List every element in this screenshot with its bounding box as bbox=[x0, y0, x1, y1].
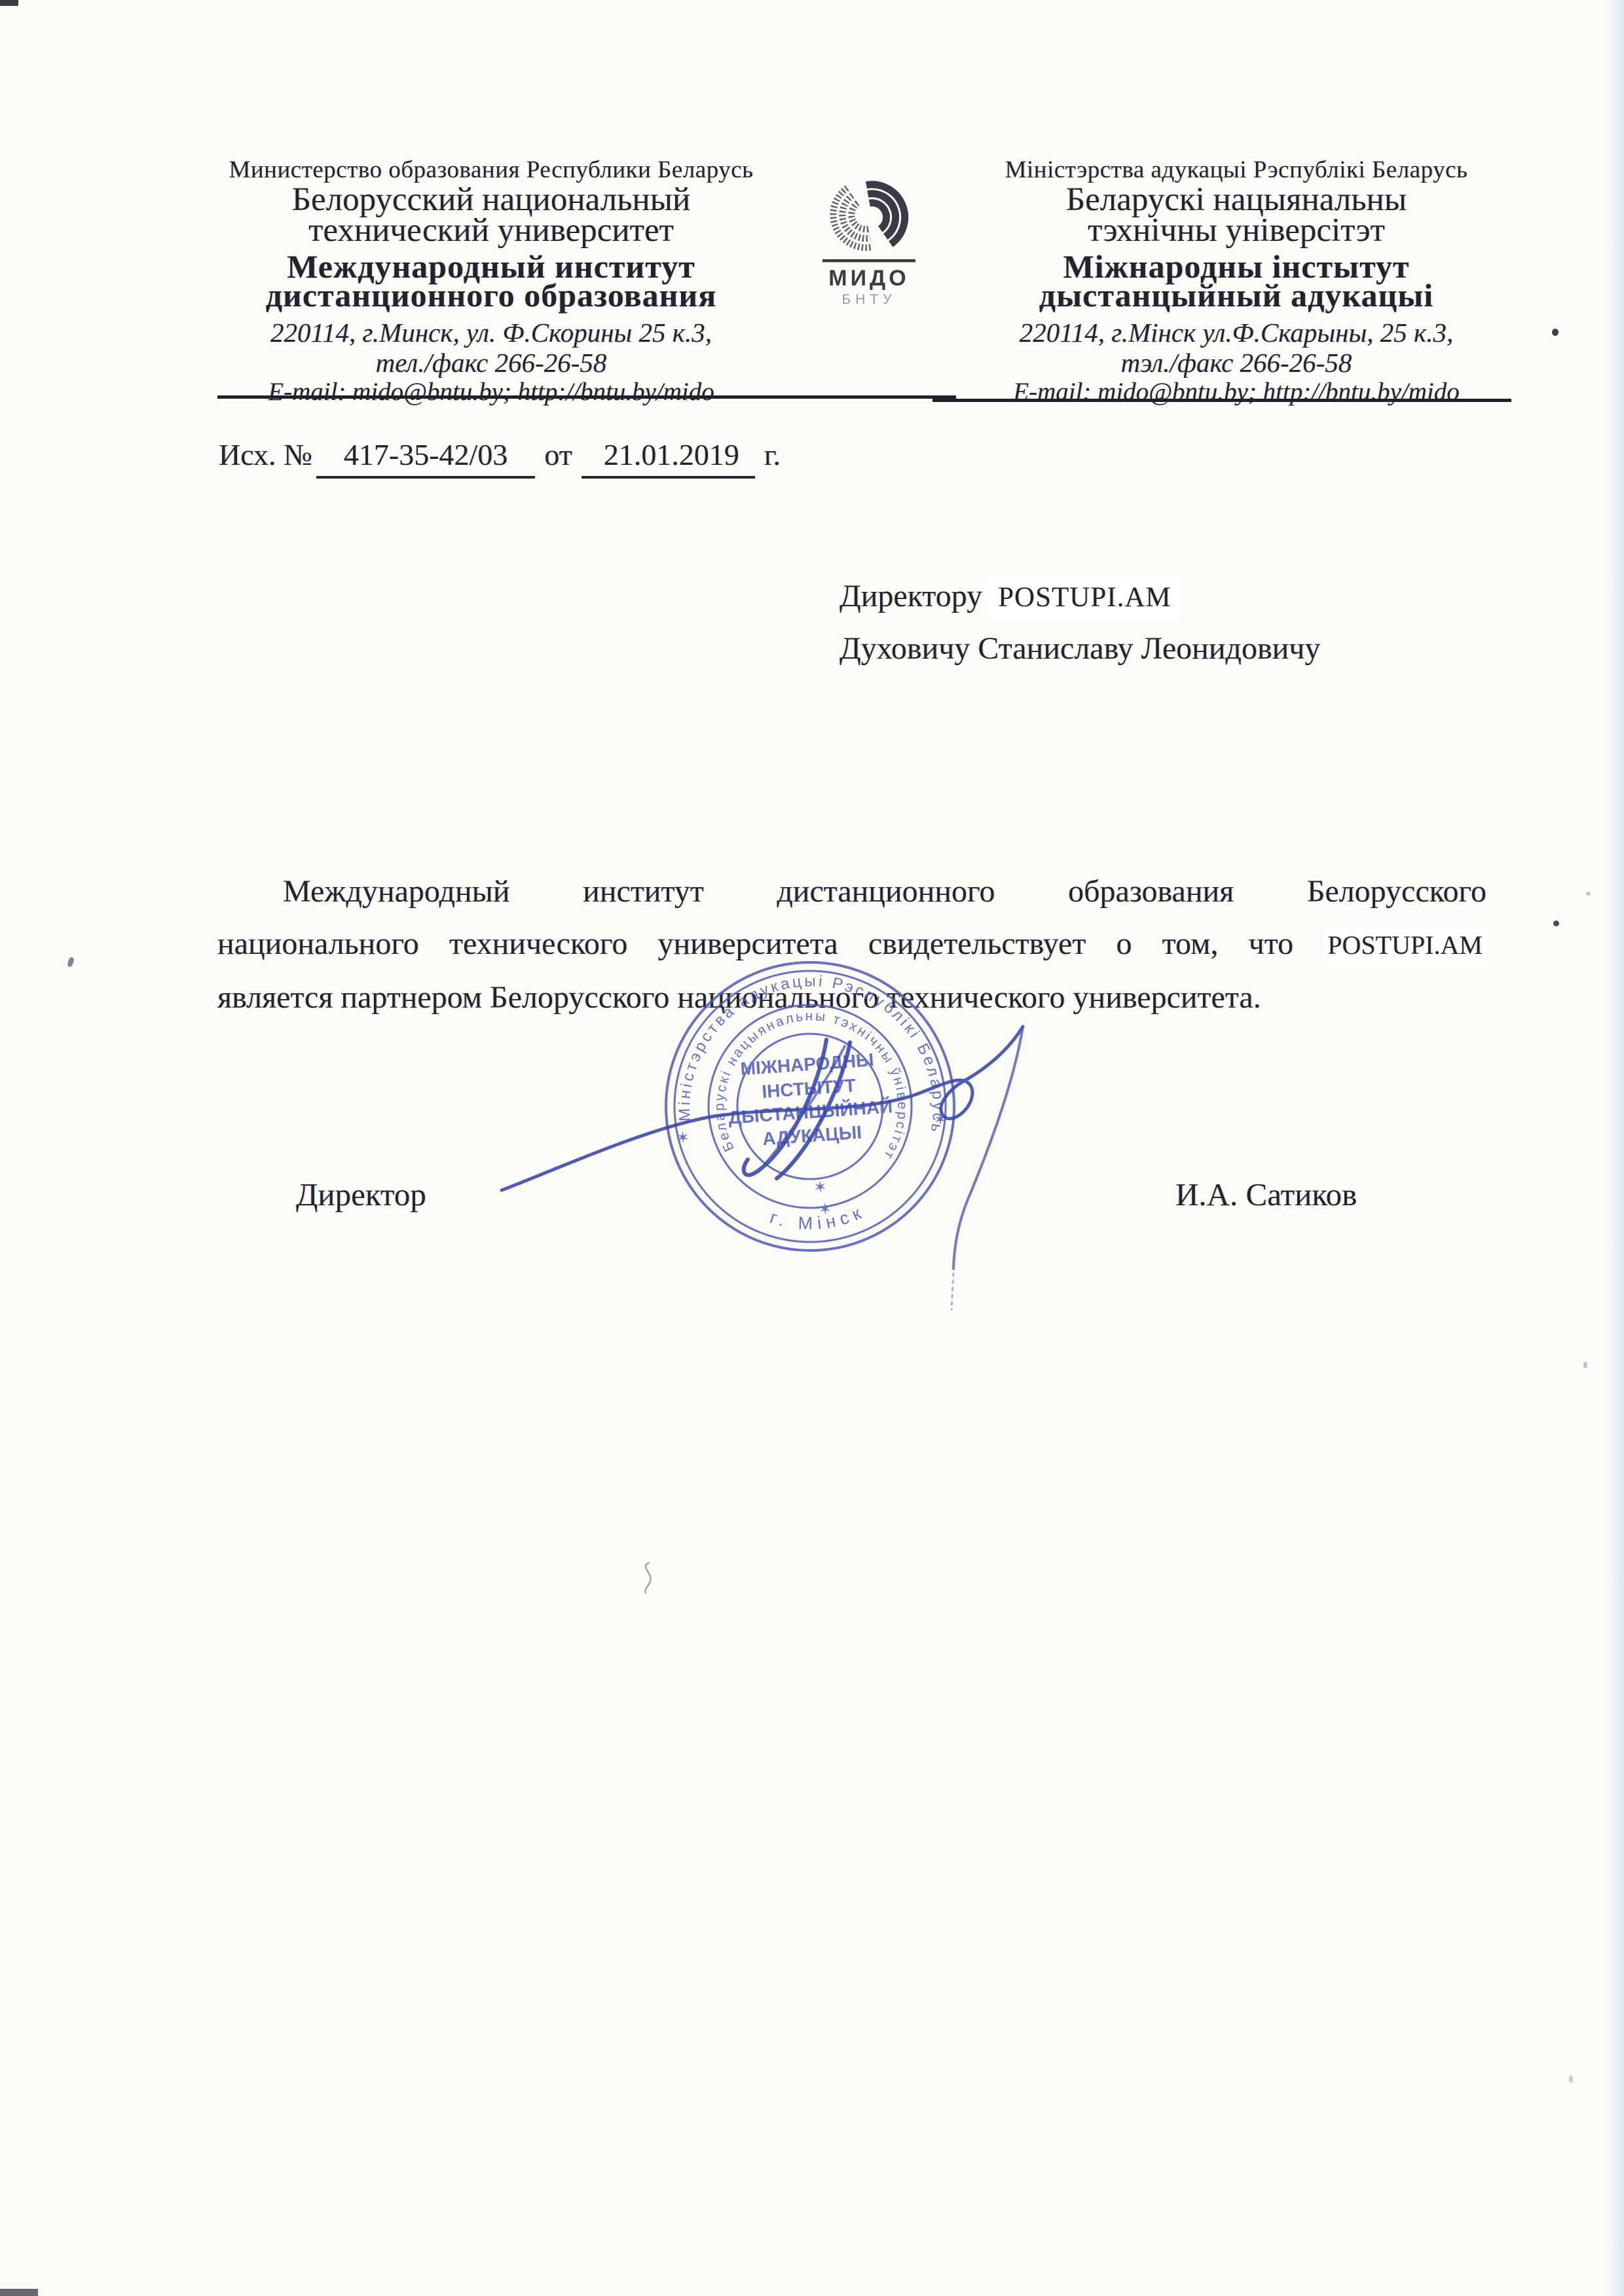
letter-date: 21.01.2019 bbox=[581, 437, 755, 479]
letterhead-belarusian: Міністэрства адукацыі Рэспублікі Беларус… bbox=[948, 156, 1524, 407]
ministry-line-by: Міністэрства адукацыі Рэспублікі Беларус… bbox=[948, 156, 1524, 185]
ministry-line-ru: Министерство образования Республики Бела… bbox=[210, 156, 773, 185]
outgoing-number-value: 417-35-42/03 bbox=[316, 437, 535, 479]
dust-speck bbox=[1583, 1362, 1587, 1368]
letterhead-russian: Министерство образования Республики Бела… bbox=[210, 156, 773, 407]
from-label: от bbox=[544, 438, 572, 471]
dust-speck bbox=[1586, 892, 1591, 896]
addressee-line-2: Духовичу Станиславу Леонидовичу bbox=[840, 623, 1320, 674]
phone-by: тэл./факс 266-26-58 bbox=[948, 348, 1524, 378]
email-line-ru: E-mail: mido@bntu.by; http://bntu.by/mid… bbox=[210, 378, 773, 407]
letterhead-rule-right bbox=[932, 399, 1511, 402]
address-ru: 220114, г.Минск, ул. Ф.Скорины 25 к.3, bbox=[210, 318, 773, 348]
scan-edge-shadow bbox=[1607, 0, 1624, 2296]
addressee-brand: POSTUPI.AM bbox=[990, 577, 1180, 619]
addressee-title: Директору bbox=[840, 579, 982, 613]
year-suffix: г. bbox=[764, 438, 781, 471]
letterhead-rule-left bbox=[217, 395, 956, 399]
dust-speck bbox=[67, 957, 75, 968]
institute-name-by-2: дыстанцыйный адукацыі bbox=[948, 281, 1524, 310]
reference-line: Исх. №417-35-42/03от21.01.2019г. bbox=[219, 437, 786, 479]
dust-speck bbox=[1552, 329, 1559, 336]
dust-speck bbox=[1553, 920, 1559, 926]
institute-name-ru-2: дистанционного образования bbox=[210, 281, 773, 310]
mido-logo-icon: МИДО БНТУ bbox=[820, 175, 918, 313]
scan-corner-mark-top bbox=[0, 0, 18, 6]
outgoing-number-label: Исх. № bbox=[219, 438, 312, 471]
address-by: 220114, г.Мінск ул.Ф.Скарыны, 25 к.3, bbox=[948, 318, 1524, 348]
mido-logo: МИДО БНТУ bbox=[820, 175, 918, 313]
logo-title: МИДО bbox=[828, 266, 909, 291]
signer-name: И.А. Сатиков bbox=[1175, 1176, 1357, 1213]
dust-speck bbox=[1569, 2075, 1573, 2083]
body-brand: POSTUPI.AM bbox=[1323, 928, 1486, 962]
phone-ru: тел./факс 266-26-58 bbox=[210, 348, 773, 378]
university-name-ru-1: Белорусский национальный bbox=[210, 185, 773, 215]
logo-subtitle: БНТУ bbox=[841, 292, 896, 307]
university-name-ru-2: технический университет bbox=[210, 215, 773, 246]
body-line-1: Международный институт дистанционного об… bbox=[217, 866, 1486, 918]
scan-corner-mark-bottom bbox=[0, 2289, 38, 2296]
scanner-hair-mark bbox=[625, 1555, 671, 1601]
scanned-letter-page: Министерство образования Республики Бела… bbox=[0, 0, 1624, 2296]
email-line-by: E-mail: mido@bntu.by; http://bntu.by/mid… bbox=[948, 378, 1524, 407]
university-name-by-2: тэхнічны універсітэт bbox=[948, 215, 1524, 246]
addressee-line-1: Директору POSTUPI.AM bbox=[840, 571, 1320, 623]
university-name-by-1: Беларускі нацыянальны bbox=[948, 185, 1524, 215]
addressee-block: Директору POSTUPI.AM Духовичу Станиславу… bbox=[840, 571, 1320, 674]
handwritten-signature bbox=[367, 943, 1087, 1322]
logo-underline bbox=[822, 259, 915, 263]
